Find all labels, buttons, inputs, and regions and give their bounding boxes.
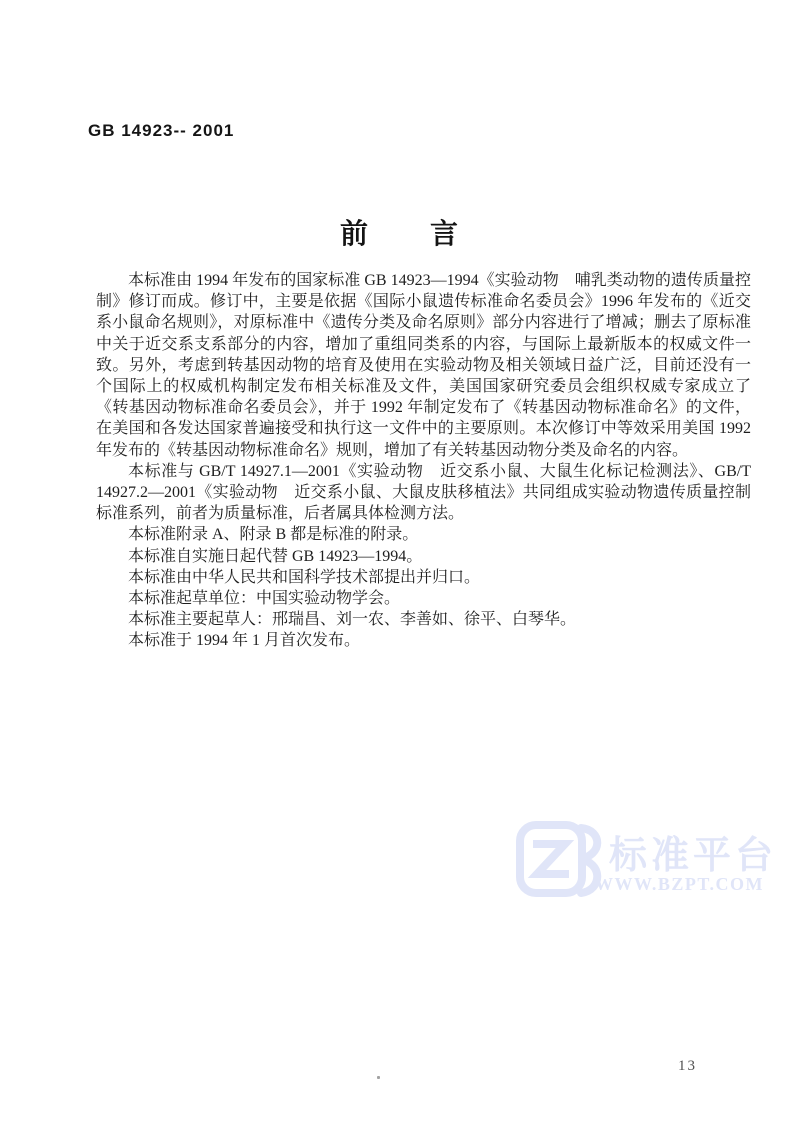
print-speck bbox=[377, 1076, 380, 1079]
document-page: GB 14923-- 2001 前 言 本标准由 1994 年发布的国家标准 G… bbox=[0, 0, 800, 1134]
watermark-url: WWW.BZPT.COM bbox=[595, 874, 764, 895]
page-title: 前 言 bbox=[0, 212, 800, 252]
body-paragraph: 本标准与 GB/T 14927.1—2001《实验动物 近交系小鼠、大鼠生化标记… bbox=[96, 461, 751, 525]
body-paragraph: 本标准附录 A、附录 B 都是标准的附录。 bbox=[96, 524, 751, 545]
standard-number: GB 14923-- 2001 bbox=[88, 121, 234, 141]
page-number: 13 bbox=[678, 1058, 697, 1075]
body-paragraph: 本标准主要起草人：邢瑞昌、刘一农、李善如、徐平、白琴华。 bbox=[96, 609, 751, 630]
bzpt-logo-icon bbox=[515, 820, 607, 902]
watermark: 标准平台 WWW.BZPT.COM bbox=[515, 818, 730, 903]
body-paragraph: 本标准自实施日起代替 GB 14923—1994。 bbox=[96, 546, 751, 567]
watermark-name: 标准平台 bbox=[609, 824, 777, 879]
body-text: 本标准由 1994 年发布的国家标准 GB 14923—1994《实验动物 哺乳… bbox=[96, 270, 751, 652]
body-paragraph: 本标准于 1994 年 1 月首次发布。 bbox=[96, 630, 751, 651]
body-paragraph: 本标准由 1994 年发布的国家标准 GB 14923—1994《实验动物 哺乳… bbox=[96, 270, 751, 461]
body-paragraph: 本标准由中华人民共和国科学技术部提出并归口。 bbox=[96, 567, 751, 588]
body-paragraph: 本标准起草单位：中国实验动物学会。 bbox=[96, 588, 751, 609]
